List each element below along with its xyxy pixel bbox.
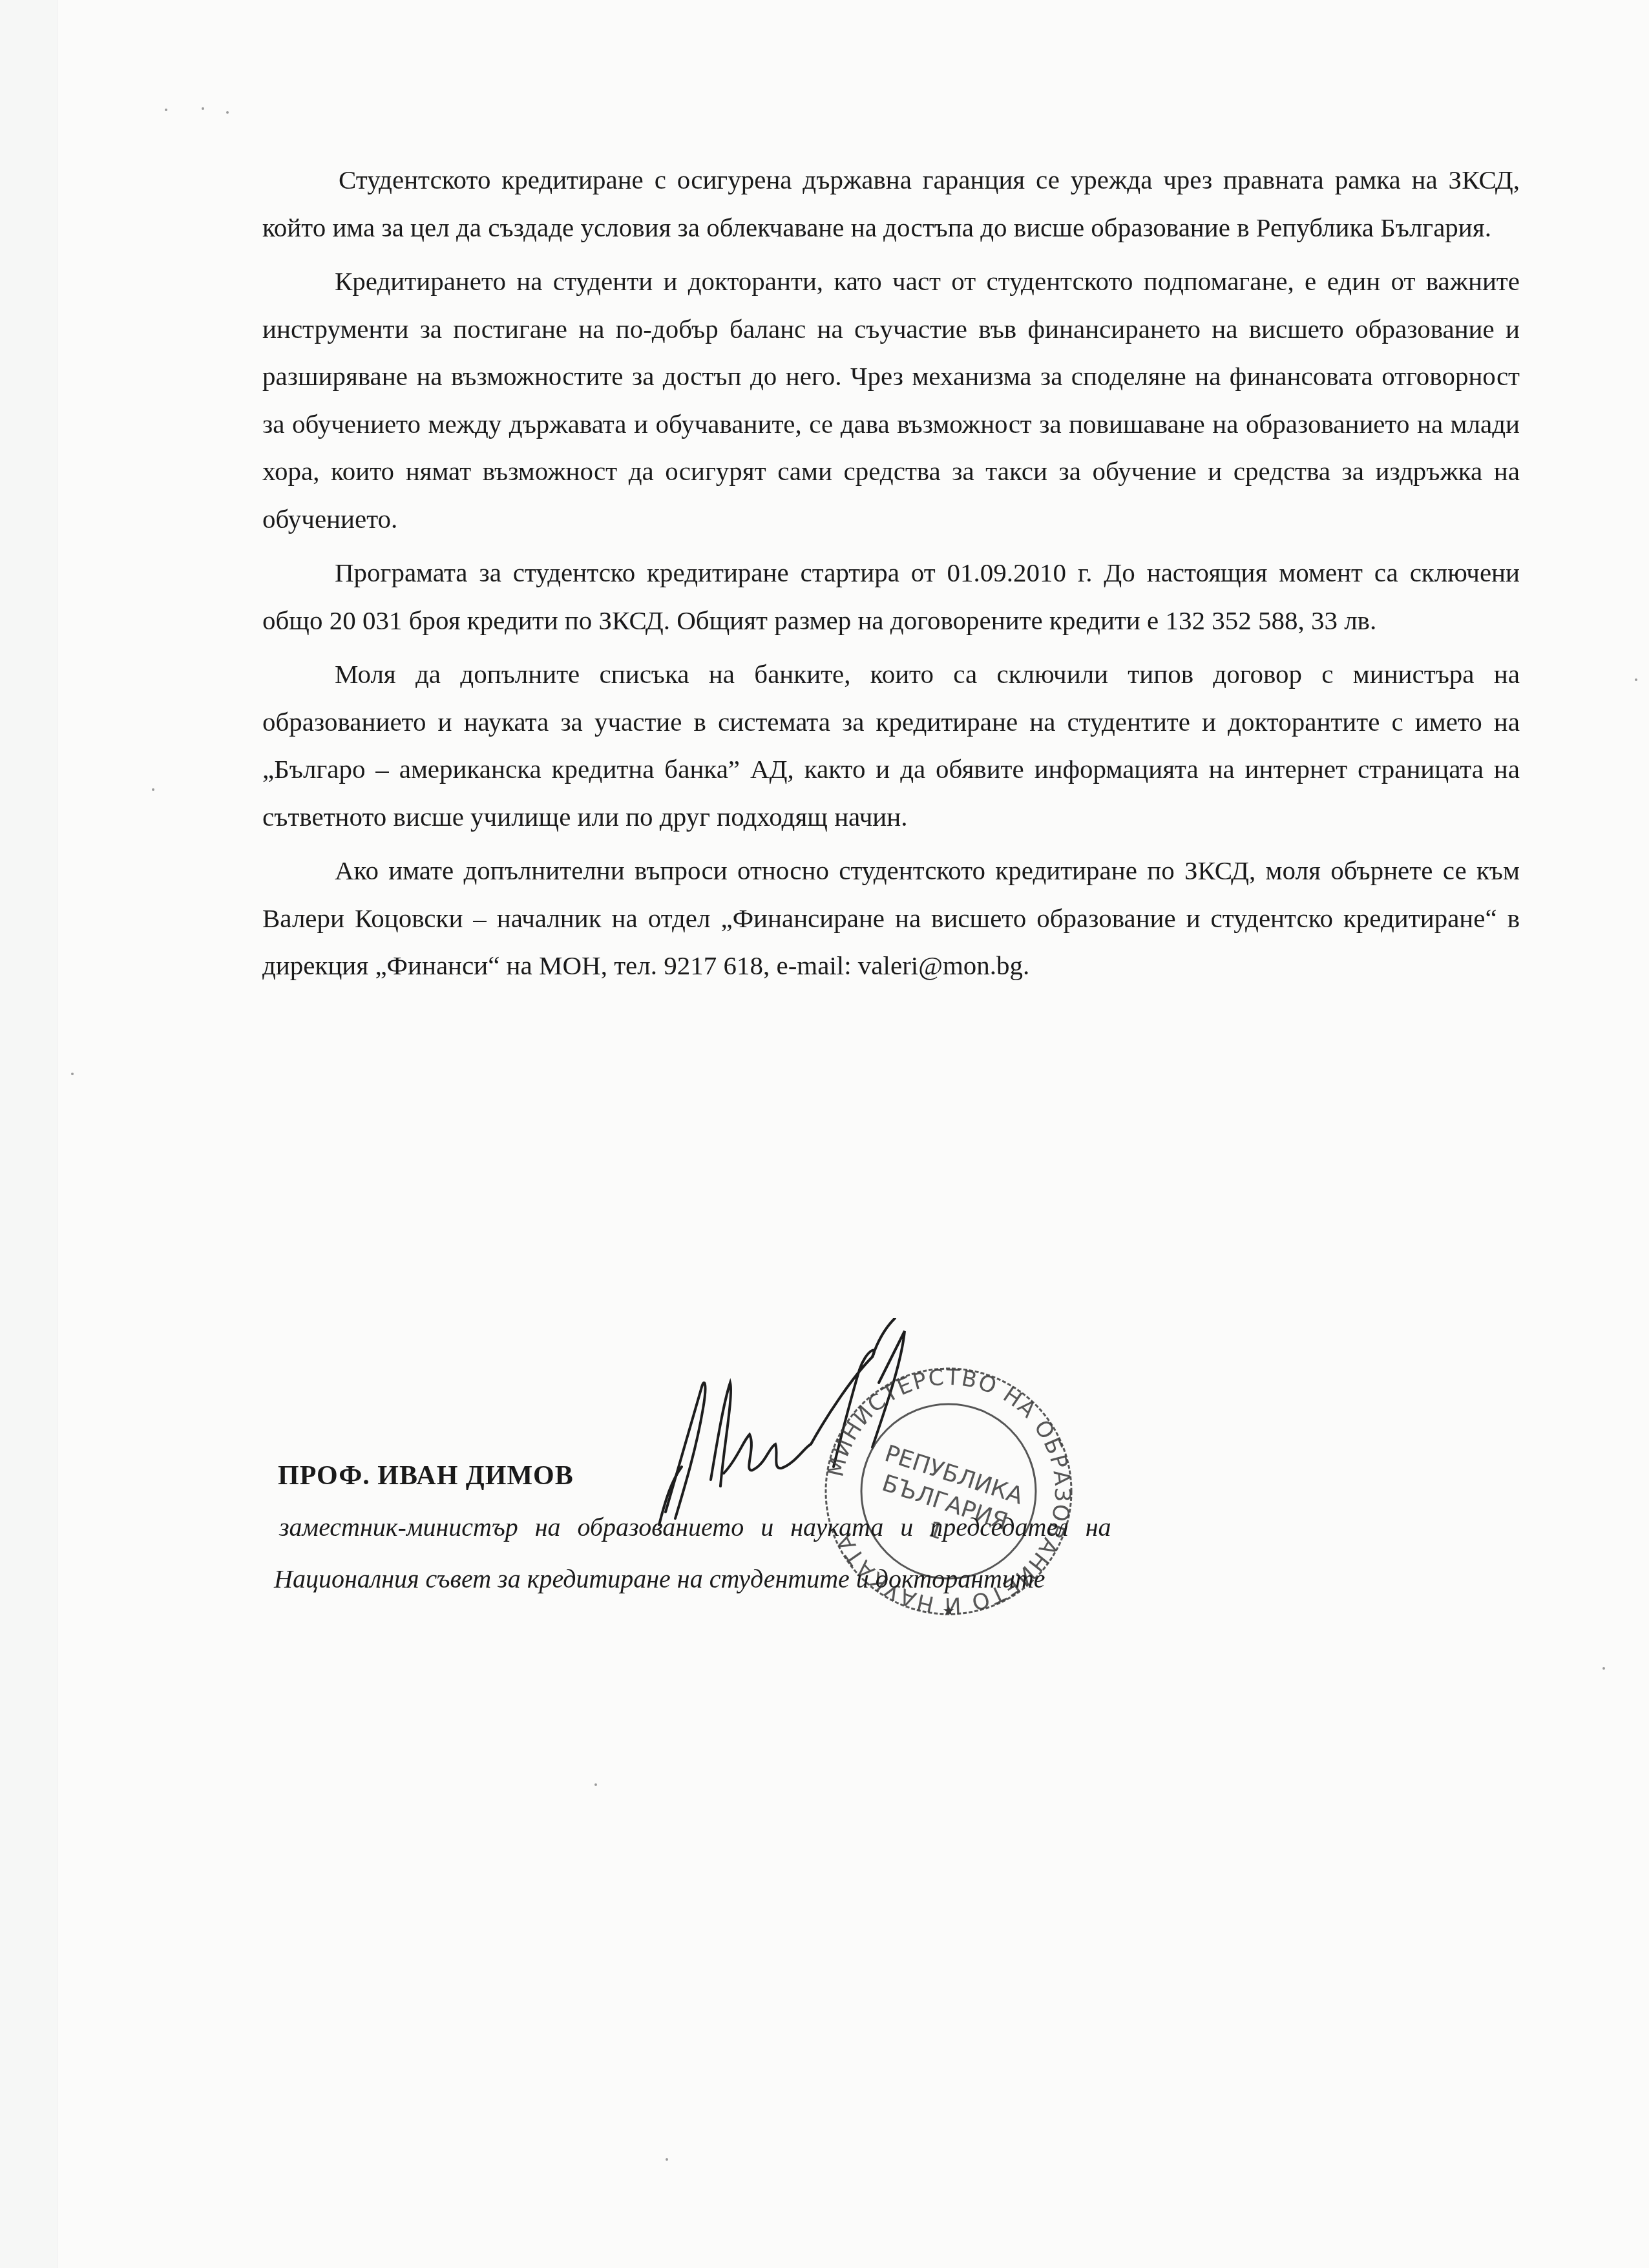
paragraph-program-statistics: Програмата за студентско кредитиране ста… xyxy=(262,549,1520,644)
scan-speck xyxy=(226,111,229,114)
signatory-title-line2: Националния съвет за кредитиране на студ… xyxy=(274,1564,1045,1594)
scan-speck xyxy=(202,107,204,110)
paragraph-contact-info: Ако имате допълнителни въпроси относно с… xyxy=(262,847,1520,990)
scan-speck xyxy=(666,2158,668,2161)
signatory-name: ПРОФ. ИВАН ДИМОВ xyxy=(278,1460,574,1491)
scan-speck xyxy=(152,788,154,791)
scan-speck xyxy=(1635,678,1637,681)
svg-text:★: ★ xyxy=(942,1602,955,1619)
scan-speck xyxy=(165,109,167,111)
letter-body: Студентското кредитиране с осигурена дър… xyxy=(262,156,1520,996)
paragraph-bank-request: Моля да допълните списъка на банките, ко… xyxy=(262,651,1520,841)
scan-edge xyxy=(0,0,58,2268)
scan-speck xyxy=(1602,1667,1605,1670)
scan-speck xyxy=(71,1073,74,1075)
paragraph-crediting-purpose: Кредитирането на студенти и докторанти, … xyxy=(262,258,1520,543)
scan-speck xyxy=(594,1783,597,1786)
paragraph-legal-framework: Студентското кредитиране с осигурена дър… xyxy=(262,156,1520,251)
scanned-letter-page: Студентското кредитиране с осигурена дър… xyxy=(0,0,1649,2268)
signatory-title-line1: заместник-министър на образованието и на… xyxy=(279,1512,1111,1542)
